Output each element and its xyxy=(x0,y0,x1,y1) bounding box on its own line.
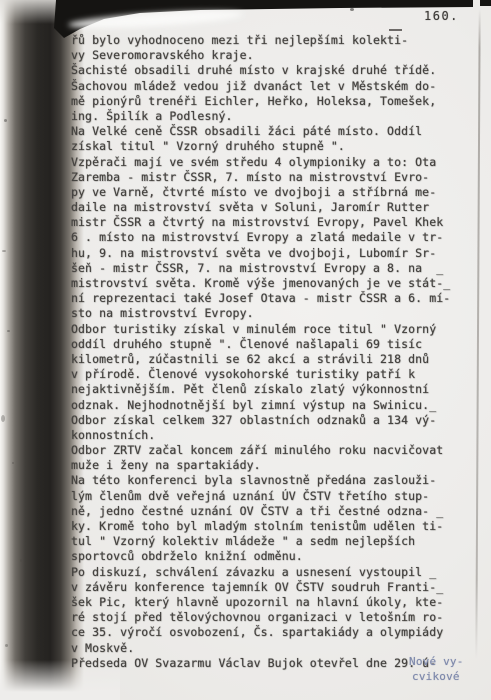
typed-line: Odbor turistiky získal v minulém roce ti… xyxy=(71,322,450,337)
typed-line: konnostních. xyxy=(71,428,450,443)
typed-line: šek Pic, který hlavně upozornil na hlavn… xyxy=(71,595,450,610)
margin-note-line: cvikové xyxy=(409,670,464,685)
typed-line: v Moskvě. xyxy=(71,641,450,656)
typed-line: odznak. Nejhodnotnější byl zimní výstup … xyxy=(71,398,450,413)
typed-line: řů bylo vyhodnoceno mezi tři nejlepšími … xyxy=(71,33,450,48)
ink-speck xyxy=(7,330,10,332)
page-number: 160. xyxy=(424,9,459,23)
typed-line: ně, jedno čestné uznání OV ČSTV a tři če… xyxy=(71,504,450,519)
typed-line: sportovců obdrželo knižní odměnu. xyxy=(71,549,450,564)
ink-speck xyxy=(350,8,354,11)
typed-line: hu, 9. na mistrovství světa ve dvojboji,… xyxy=(71,246,450,261)
typed-line: mistrovství světa. Kromě výše jmenovanýc… xyxy=(71,276,450,291)
typed-line: ing. Špilík a Podlesný. xyxy=(71,109,450,124)
ink-speck xyxy=(5,644,8,647)
scanned-page: 160. řů bylo vyhodnoceno mezi tři nejlep… xyxy=(0,0,491,700)
typed-line: mistr ČSSR a čtvrtý na mistrovství Evrop… xyxy=(71,215,450,230)
typed-line: kilometrů, zúčastnili se 62 akcí a stráv… xyxy=(71,352,450,367)
typed-line: nejaktivnějším. Pět členů získalo zlatý … xyxy=(71,382,450,397)
ink-speck xyxy=(12,462,14,464)
margin-note-line: Nové vy- xyxy=(409,655,464,670)
typed-line: v přírodě. Členové vysokohorské turistik… xyxy=(71,367,450,382)
typed-line: získal titul " Vzorný druhého stupně ". xyxy=(71,139,450,154)
typed-line: ce 35. výročí osvobození, Čs. spartakiád… xyxy=(71,625,450,640)
ink-speck xyxy=(4,119,7,122)
typed-line: Zaremba - mistr ČSSR, 7. místo na mistro… xyxy=(71,170,450,185)
typed-line: oddíl druhého stupně ". Členové našlapal… xyxy=(71,337,450,352)
ink-speck xyxy=(1,415,5,422)
margin-note: Nové vy- cvikové xyxy=(409,655,464,684)
typed-line: daile na mistrovství světa v Soluni, Jar… xyxy=(71,200,450,215)
typed-line: šeň - mistr ČSSR, 7. na mistrovství Evro… xyxy=(71,261,450,276)
typed-line: 6 . místo na mistrovství Evropy a zlatá … xyxy=(71,230,450,245)
typed-line: Na Velké ceně ČSSR obsadili žáci páté mí… xyxy=(71,124,450,139)
typed-line: Po diskuzí, schválení závazku a usnesení… xyxy=(71,565,450,580)
typed-line: tul " Vzorný kolektiv mládeže " a sedm n… xyxy=(71,534,450,549)
typed-line: Šachisté obsadili druhé místo v krajské … xyxy=(71,63,450,78)
ink-speck xyxy=(20,559,22,562)
typed-line: py ve Varně, čtvrté místo ve dvojboji a … xyxy=(71,185,450,200)
typed-line: Šachovou mládež vedou již dvanáct let v … xyxy=(71,79,450,94)
typed-line: Na této konferenci byla slavnostně předá… xyxy=(71,473,450,488)
typed-line: ky. Kromě toho byl mladým stolním tenist… xyxy=(71,519,450,534)
typed-line: vy Severomoravského kraje. xyxy=(71,48,450,63)
typed-line: lým členům dvě veřejná uznání ÚV ČSTV tř… xyxy=(71,489,450,504)
typed-line: mě pionýrů trenéři Eichler, Heřko, Holek… xyxy=(71,94,450,109)
typed-line: Odbor ZRTV začal koncem září minulého ro… xyxy=(71,443,450,458)
page-edge-line xyxy=(475,9,480,659)
typed-line: ní reprezentaci také Josef Otava - mistr… xyxy=(71,291,450,306)
insert-dash-mark xyxy=(389,29,402,31)
typed-line: Vzpěrači mají ve svém středu 4 olympioni… xyxy=(71,155,450,170)
typed-line: v závěru konference tajemník OV ČSTV sou… xyxy=(71,580,450,595)
typed-text: řů bylo vyhodnoceno mezi tři nejlepšími … xyxy=(71,33,450,671)
typed-line: ré stojí před tělovýchovnou organizaci v… xyxy=(71,610,450,625)
typed-line: Odbor získal celkem 327 oblastních odzna… xyxy=(71,413,450,428)
typed-line: sto na mistrovství Evropy. xyxy=(71,306,450,321)
typed-line: Předseda OV Svazarmu Václav Bujok otevře… xyxy=(71,656,450,671)
typed-line: muže i ženy na spartakiády. xyxy=(71,458,450,473)
ink-speck xyxy=(2,250,6,252)
